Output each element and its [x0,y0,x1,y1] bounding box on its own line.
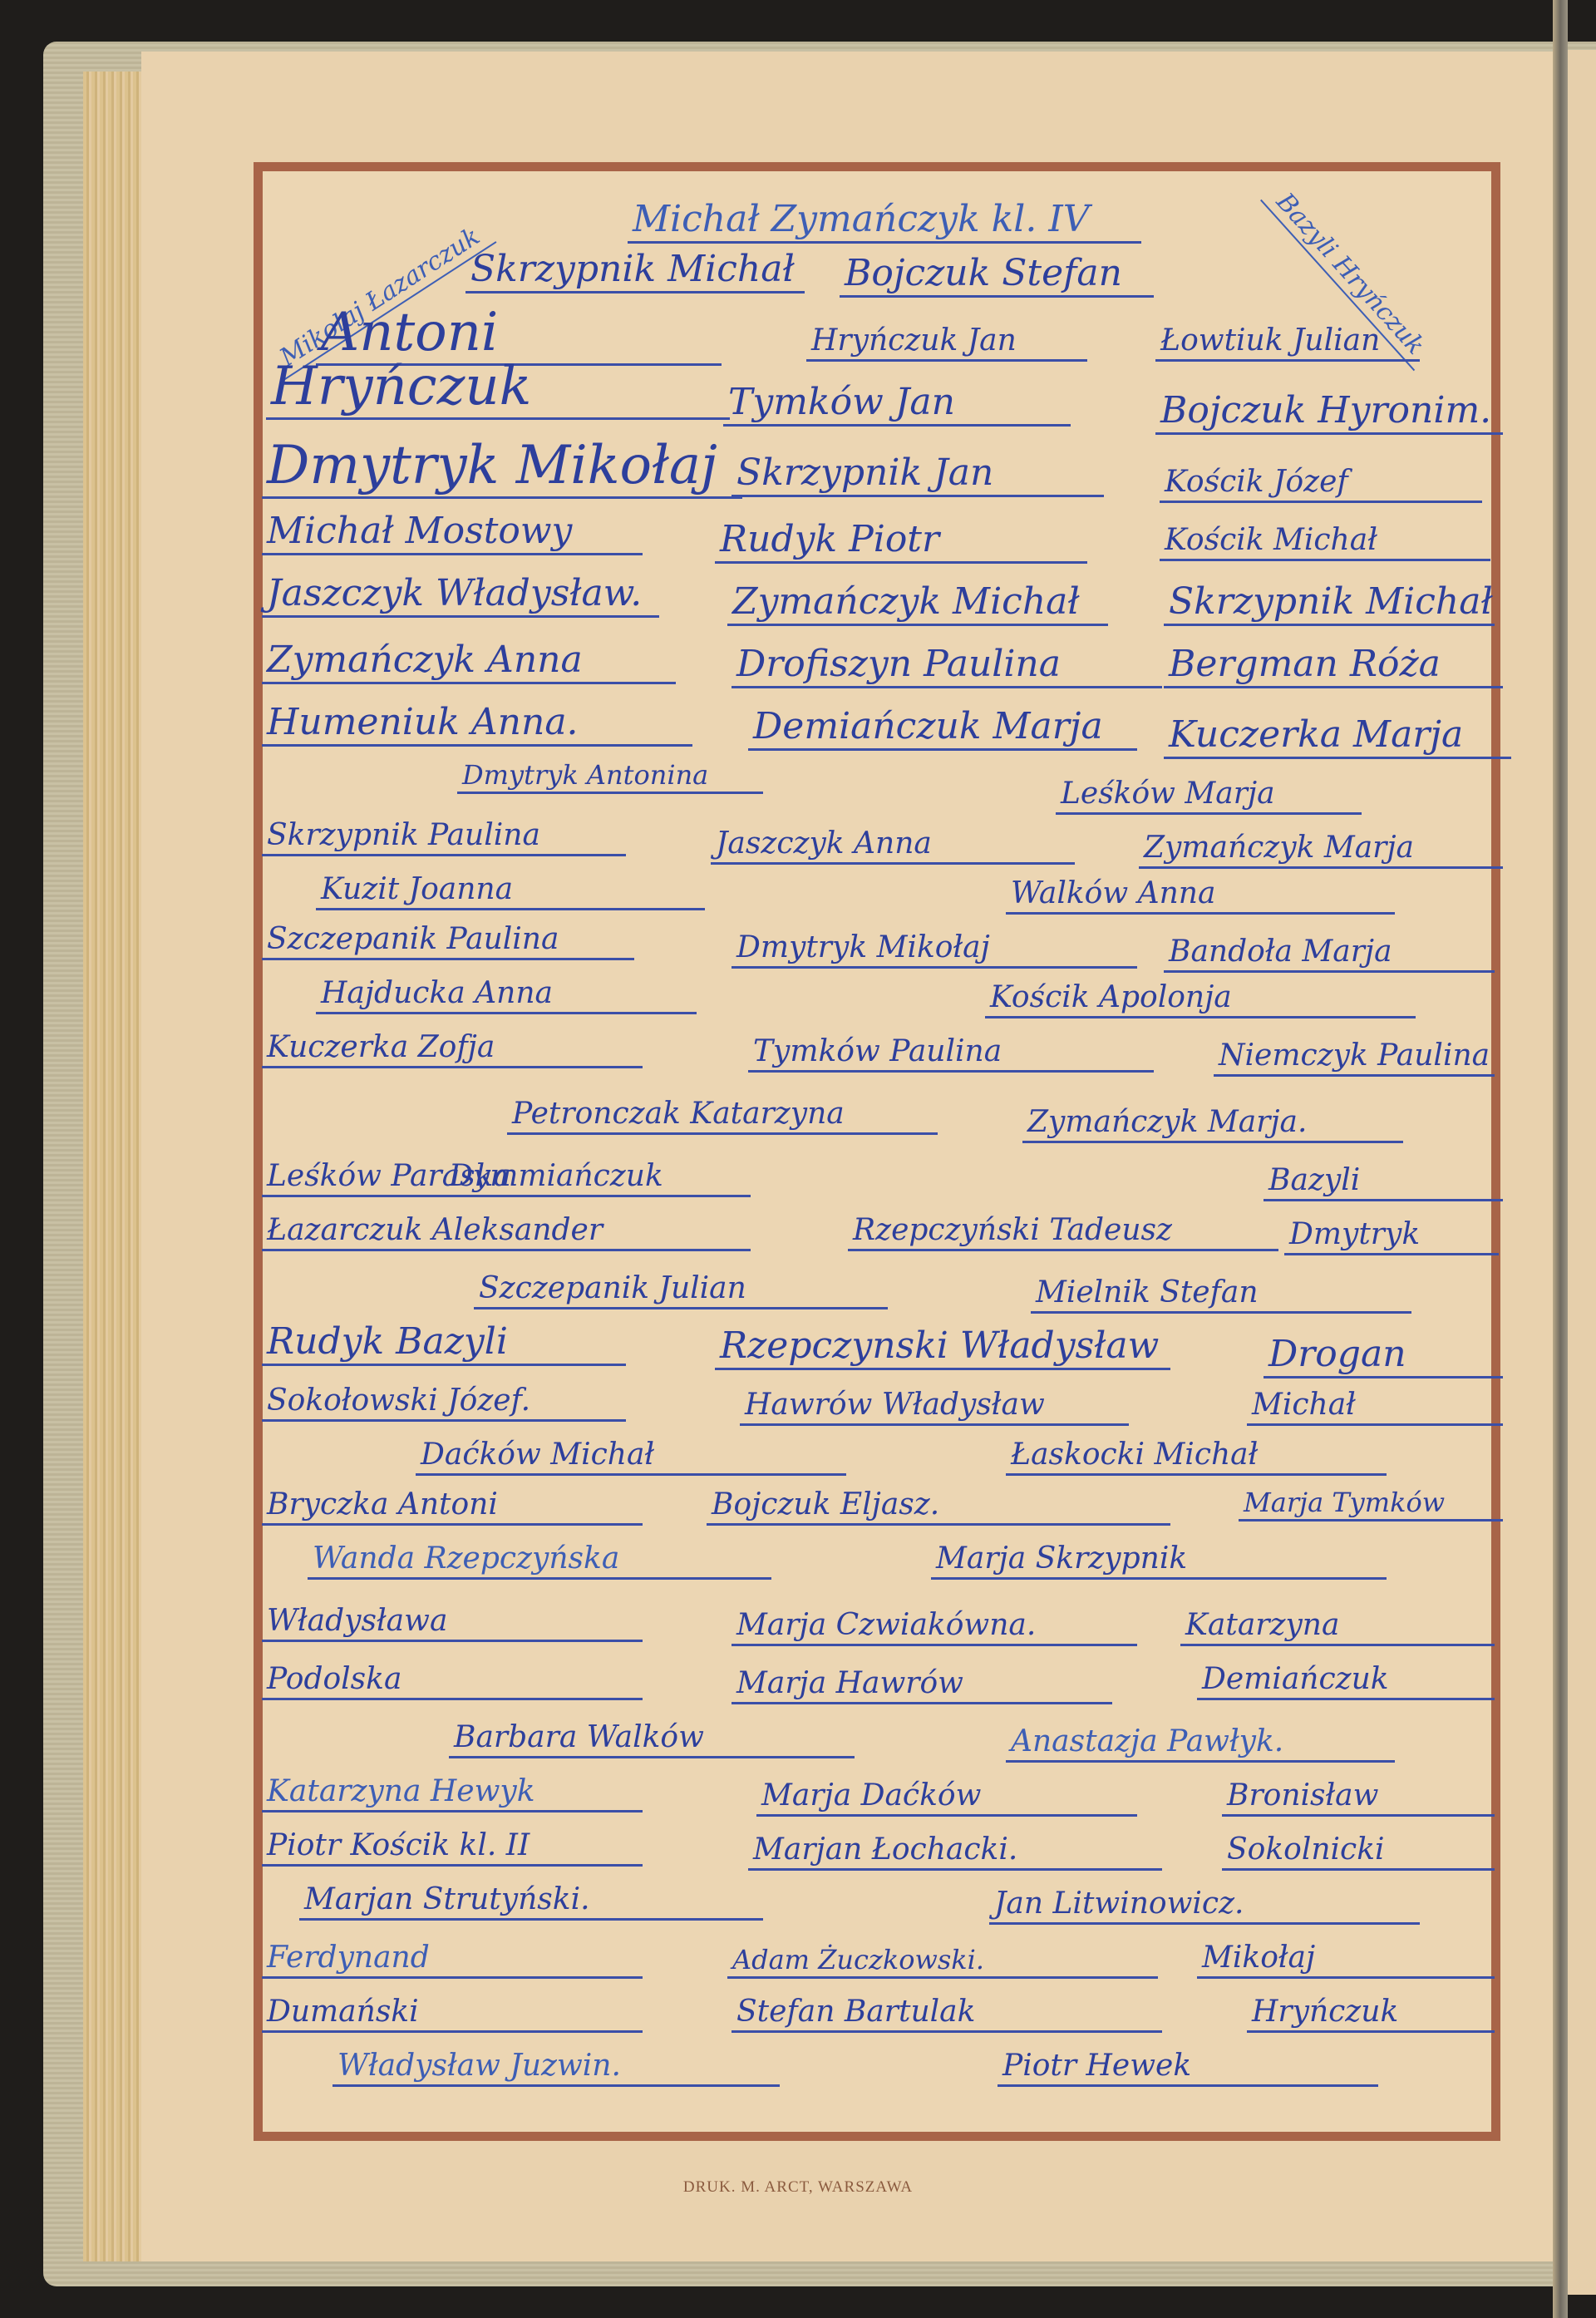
signature: Marja Daćków [756,1779,1137,1817]
signature: Jaszczyk Władysław. [262,574,659,618]
signature: Rudyk Bazyli [262,1322,626,1366]
signature: Dmytryk Mikołaj [262,436,742,499]
signature: Drogan [1263,1334,1503,1378]
signature: Skrzypnik Paulina [262,819,626,856]
signature: Katarzyna [1180,1609,1495,1646]
printer-imprint: DRUK. M. ARCT, WARSZAWA [0,2178,1596,2197]
signature: Sokołowski Józef. [262,1384,626,1422]
signature: Tymków Paulina [748,1035,1154,1073]
signature: Adam Żuczkowski. [727,1946,1158,1979]
signature: Barbara Walków [449,1721,855,1758]
signature: Kościk Michał [1160,524,1490,561]
signature: Dmytryk [1284,1218,1499,1255]
signature: Dmytryk Antonina [457,761,763,794]
signature: Ferdynand [262,1941,643,1979]
signature: Podolska [262,1663,643,1700]
signature: Dumański [262,1995,643,2033]
page-edges [83,72,143,2261]
signature: Stefan Bartulak [731,1995,1162,2033]
signature: Marja Skrzypnik [931,1542,1387,1580]
signature: Demiańczuk Marja [748,707,1137,751]
signature: Rzepczyński Tadeusz [848,1214,1278,1251]
signature: Walków Anna [1006,877,1395,915]
signature: Łazarczuk Aleksander [262,1214,751,1251]
signature: Bandoła Marja [1164,935,1495,973]
signature: Władysław Juzwin. [332,2049,780,2087]
signature: Anastazja Pawłyk. [1006,1725,1395,1763]
signature: Michał [1247,1388,1503,1426]
signature: Kuczerka Zofja [262,1031,643,1068]
signature: Szczepanik Paulina [262,923,634,960]
signature: Skrzypnik Jan [731,453,1104,497]
signature: Jan Litwinowicz. [989,1887,1420,1925]
signature: Marjan Strutyński. [299,1883,763,1921]
signature: Bojczuk Hyronim. [1155,391,1503,435]
signature: Szczepanik Julian [474,1272,888,1309]
signature: Władysława [262,1605,643,1642]
signature: Niemczyk Paulina [1214,1039,1495,1077]
signature: Wanda Rzepczyńska [308,1542,771,1580]
signature: Hryńczuk [1247,1995,1495,2033]
facing-page-edge [1568,50,1596,2295]
signature: Tymków Jan [723,382,1071,427]
signature: Kościk Józef [1160,466,1482,503]
book-gutter [1553,0,1568,2318]
signature: Demiańczuk [1197,1663,1495,1700]
signature: Skrzypnik Michał [1164,582,1495,626]
signature: Leśków Marja [1056,777,1362,815]
signature: Rudyk Piotr [715,520,1087,564]
signature: Jaszczyk Anna [711,827,1075,865]
signature: Marja Czwiakówna. [731,1609,1137,1646]
signature: Hajducka Anna [316,977,697,1014]
signature: Dmytryk Mikołaj [731,931,1137,969]
signature: Bazyli [1263,1164,1503,1201]
signature: Rzepczynski Władysław [715,1326,1170,1370]
signature: Bronisław [1222,1779,1495,1817]
signature: Zymańczyk Anna [262,640,676,684]
signature: Kuczerka Marja [1164,715,1511,759]
signature: Bojczuk Eljasz. [707,1488,1170,1526]
signature: Łowtiuk Julian [1155,324,1420,362]
signature: Sokolnicki [1222,1833,1495,1871]
signature: Marja Hawrów [731,1667,1112,1704]
signature: Mielnik Stefan [1031,1276,1411,1314]
signature: Marjan Łochacki. [748,1833,1162,1871]
signature: Skrzypnik Michał [465,249,805,293]
signature: Hryńczuk [266,358,730,420]
signature: Petronczak Katarzyna [507,1097,938,1135]
signature: Piotr Hewek [997,2049,1378,2087]
signature: Zymańczyk Michał [727,582,1108,626]
signature: Piotr Kościk kl. II [262,1829,643,1867]
signature: Kościk Apolonja [985,981,1416,1018]
signature: Daćków Michał [416,1438,846,1476]
signature: Hryńczuk Jan [806,324,1087,362]
signature: Zymańczyk Marja [1139,831,1503,869]
signature: Humeniuk Anna. [262,703,692,747]
signature: Kuzit Joanna [316,873,705,910]
signature: Łaskocki Michał [1006,1438,1387,1476]
signature: Hawrów Władysław [740,1388,1129,1426]
signature: Mikołaj [1197,1941,1495,1979]
signature: Zymańczyk Marja. [1022,1106,1403,1143]
signature: Bergman Róża [1164,644,1503,688]
signature: Drofiszyn Paulina [731,644,1162,688]
signature: Marja Tymków [1239,1488,1503,1521]
signature: Katarzyna Hewyk [262,1775,643,1812]
signature: Bryczka Antoni [262,1488,643,1526]
signature: Michał Zymańczyk kl. IV [628,200,1141,244]
signature: Michał Mostowy [262,511,643,555]
signature: Bojczuk Stefan [840,254,1154,298]
